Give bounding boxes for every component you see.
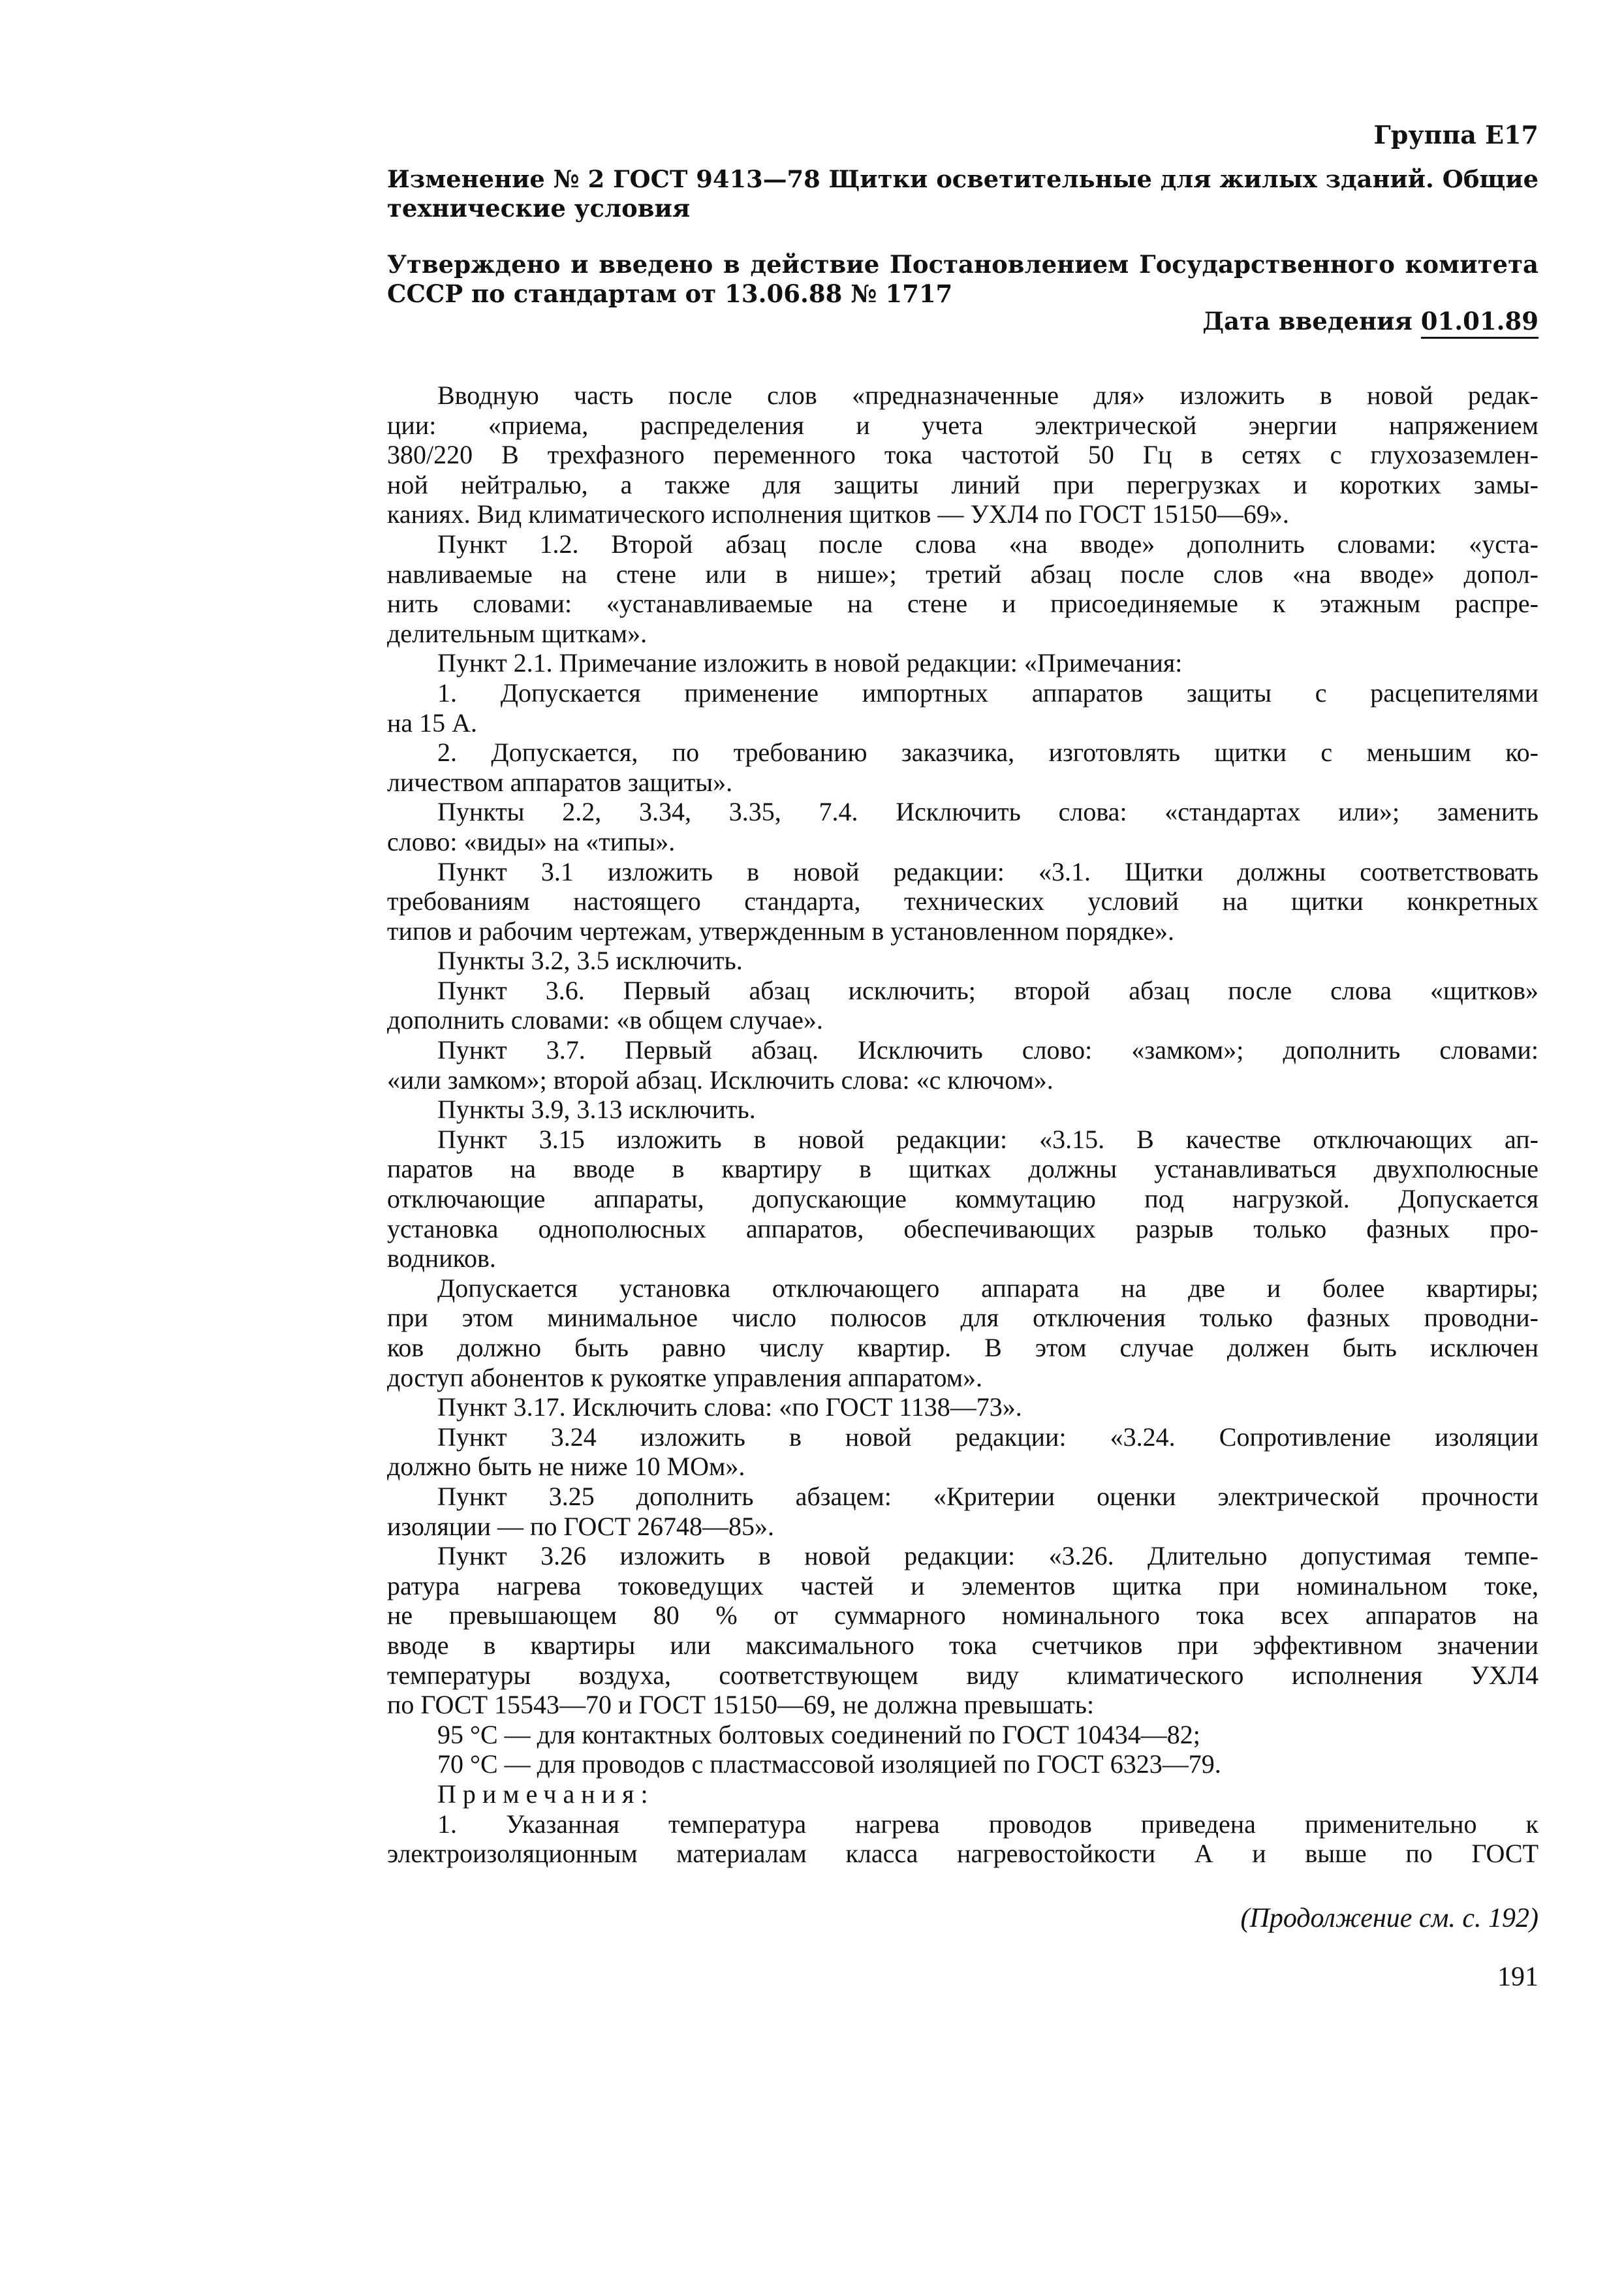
approval-line: Утверждено и введено в действие Постанов… <box>387 250 1538 279</box>
document-title: Изменение № 2 ГОСТ 9413—78 Щитки осветит… <box>387 164 1538 223</box>
continuation-note: (Продолжение см. с. 192) <box>1241 1903 1538 1934</box>
body-line: требованиям настоящего стандарта, технич… <box>387 886 1538 916</box>
approval-line: СССР по стандартам от 13.06.88 № 1717 <box>387 279 1538 309</box>
body-line: 1. Допускается применение импортных аппа… <box>387 678 1538 708</box>
effective-date-label: Дата введения <box>1202 307 1421 335</box>
body-line: отключающие аппараты, допускающие коммут… <box>387 1184 1538 1214</box>
body-line: Пункт 2.1. Примечание изложить в новой р… <box>387 648 1538 678</box>
effective-date: Дата введения 01.01.89 <box>1202 307 1538 336</box>
body-line: ции: «приема, распределения и учета элек… <box>387 411 1538 441</box>
effective-date-value: 01.01.89 <box>1421 307 1538 339</box>
body-line: типов и рабочим чертежам, утвержденным в… <box>387 916 1538 946</box>
body-line: 70 °С — для проводов с пластмассовой изо… <box>387 1749 1538 1779</box>
body-line: Пункты 3.9, 3.13 исключить. <box>387 1095 1538 1125</box>
body-line: Пункт 3.26 изложить в новой редакции: «3… <box>387 1541 1538 1571</box>
body-line: доступ абонентов к рукоятке управления а… <box>387 1363 1538 1393</box>
title-line: Изменение № 2 ГОСТ 9413—78 Щитки осветит… <box>387 164 1538 194</box>
body-line: не превышающем 80 % от суммарного номина… <box>387 1600 1538 1630</box>
body-line: 2. Допускается, по требованию заказчика,… <box>387 738 1538 768</box>
body-line: вводе в квартиры или максимального тока … <box>387 1630 1538 1661</box>
body-line: ратура нагрева токоведущих частей и элем… <box>387 1571 1538 1601</box>
body-line: Пункт 3.7. Первый абзац. Исключить слово… <box>387 1035 1538 1065</box>
body-line: Пункт 3.25 дополнить абзацем: «Критерии … <box>387 1482 1538 1512</box>
body-line: водников. <box>387 1243 1538 1273</box>
body-line: Пункт 3.6. Первый абзац исключить; второ… <box>387 976 1538 1006</box>
body-line: 380/220 В трехфазного переменного тока ч… <box>387 440 1538 470</box>
body-line: Пункт 1.2. Второй абзац после слова «на … <box>387 529 1538 559</box>
body-line: нить словами: «устанавливаемые на стене … <box>387 589 1538 619</box>
body-line: «или замком»; второй абзац. Исключить сл… <box>387 1065 1538 1095</box>
amendment-body: Вводную часть после слов «предназначенны… <box>387 381 1538 1869</box>
body-line: электроизоляционным материалам класса на… <box>387 1839 1538 1869</box>
body-line: на 15 А. <box>387 708 1538 738</box>
classification-group: Группа Е17 <box>1374 119 1538 151</box>
body-line: слово: «виды» на «типы». <box>387 827 1538 857</box>
body-line: Пункт 3.15 изложить в новой редакции: «3… <box>387 1125 1538 1155</box>
body-line: температуры воздуха, соответствующем вид… <box>387 1661 1538 1691</box>
body-line: делительным щиткам». <box>387 619 1538 649</box>
body-line: установка однополюсных аппаратов, обеспе… <box>387 1214 1538 1244</box>
body-line: личеством аппаратов защиты». <box>387 768 1538 798</box>
body-line: должно быть не ниже 10 МОм». <box>387 1452 1538 1482</box>
body-line: Пункты 2.2, 3.34, 3.35, 7.4. Исключить с… <box>387 797 1538 827</box>
body-line: по ГОСТ 15543—70 и ГОСТ 15150—69, не дол… <box>387 1690 1538 1720</box>
body-line: навливаемые на стене или в нише»; третий… <box>387 559 1538 589</box>
body-line: Пункт 3.17. Исключить слова: «по ГОСТ 11… <box>387 1392 1538 1422</box>
approval-statement: Утверждено и введено в действие Постанов… <box>387 250 1538 309</box>
body-line: Допускается установка отключающего аппар… <box>387 1273 1538 1303</box>
body-line: Пункты 3.2, 3.5 исключить. <box>387 946 1538 976</box>
body-line: каниях. Вид климатического исполнения щи… <box>387 499 1538 529</box>
body-line: паратов на вводе в квартиру в щитках дол… <box>387 1154 1538 1184</box>
body-line: при этом минимальное число полюсов для о… <box>387 1303 1538 1333</box>
body-line: Примечания: <box>387 1779 1538 1809</box>
body-line: ков должно быть равно числу квартир. В э… <box>387 1333 1538 1363</box>
body-line: Пункт 3.1 изложить в новой редакции: «3.… <box>387 857 1538 887</box>
page-number: 191 <box>1497 1961 1538 1993</box>
body-line: Вводную часть после слов «предназначенны… <box>387 381 1538 411</box>
body-line: Пункт 3.24 изложить в новой редакции: «3… <box>387 1422 1538 1452</box>
body-line: изоляции — по ГОСТ 26748—85». <box>387 1512 1538 1542</box>
body-line: дополнить словами: «в общем случае». <box>387 1005 1538 1035</box>
title-line: технические условия <box>387 194 1538 223</box>
body-line: 95 °С — для контактных болтовых соединен… <box>387 1720 1538 1750</box>
body-line: 1. Указанная температура нагрева проводо… <box>387 1809 1538 1839</box>
body-line: ной нейтралью, а также для защиты линий … <box>387 470 1538 500</box>
